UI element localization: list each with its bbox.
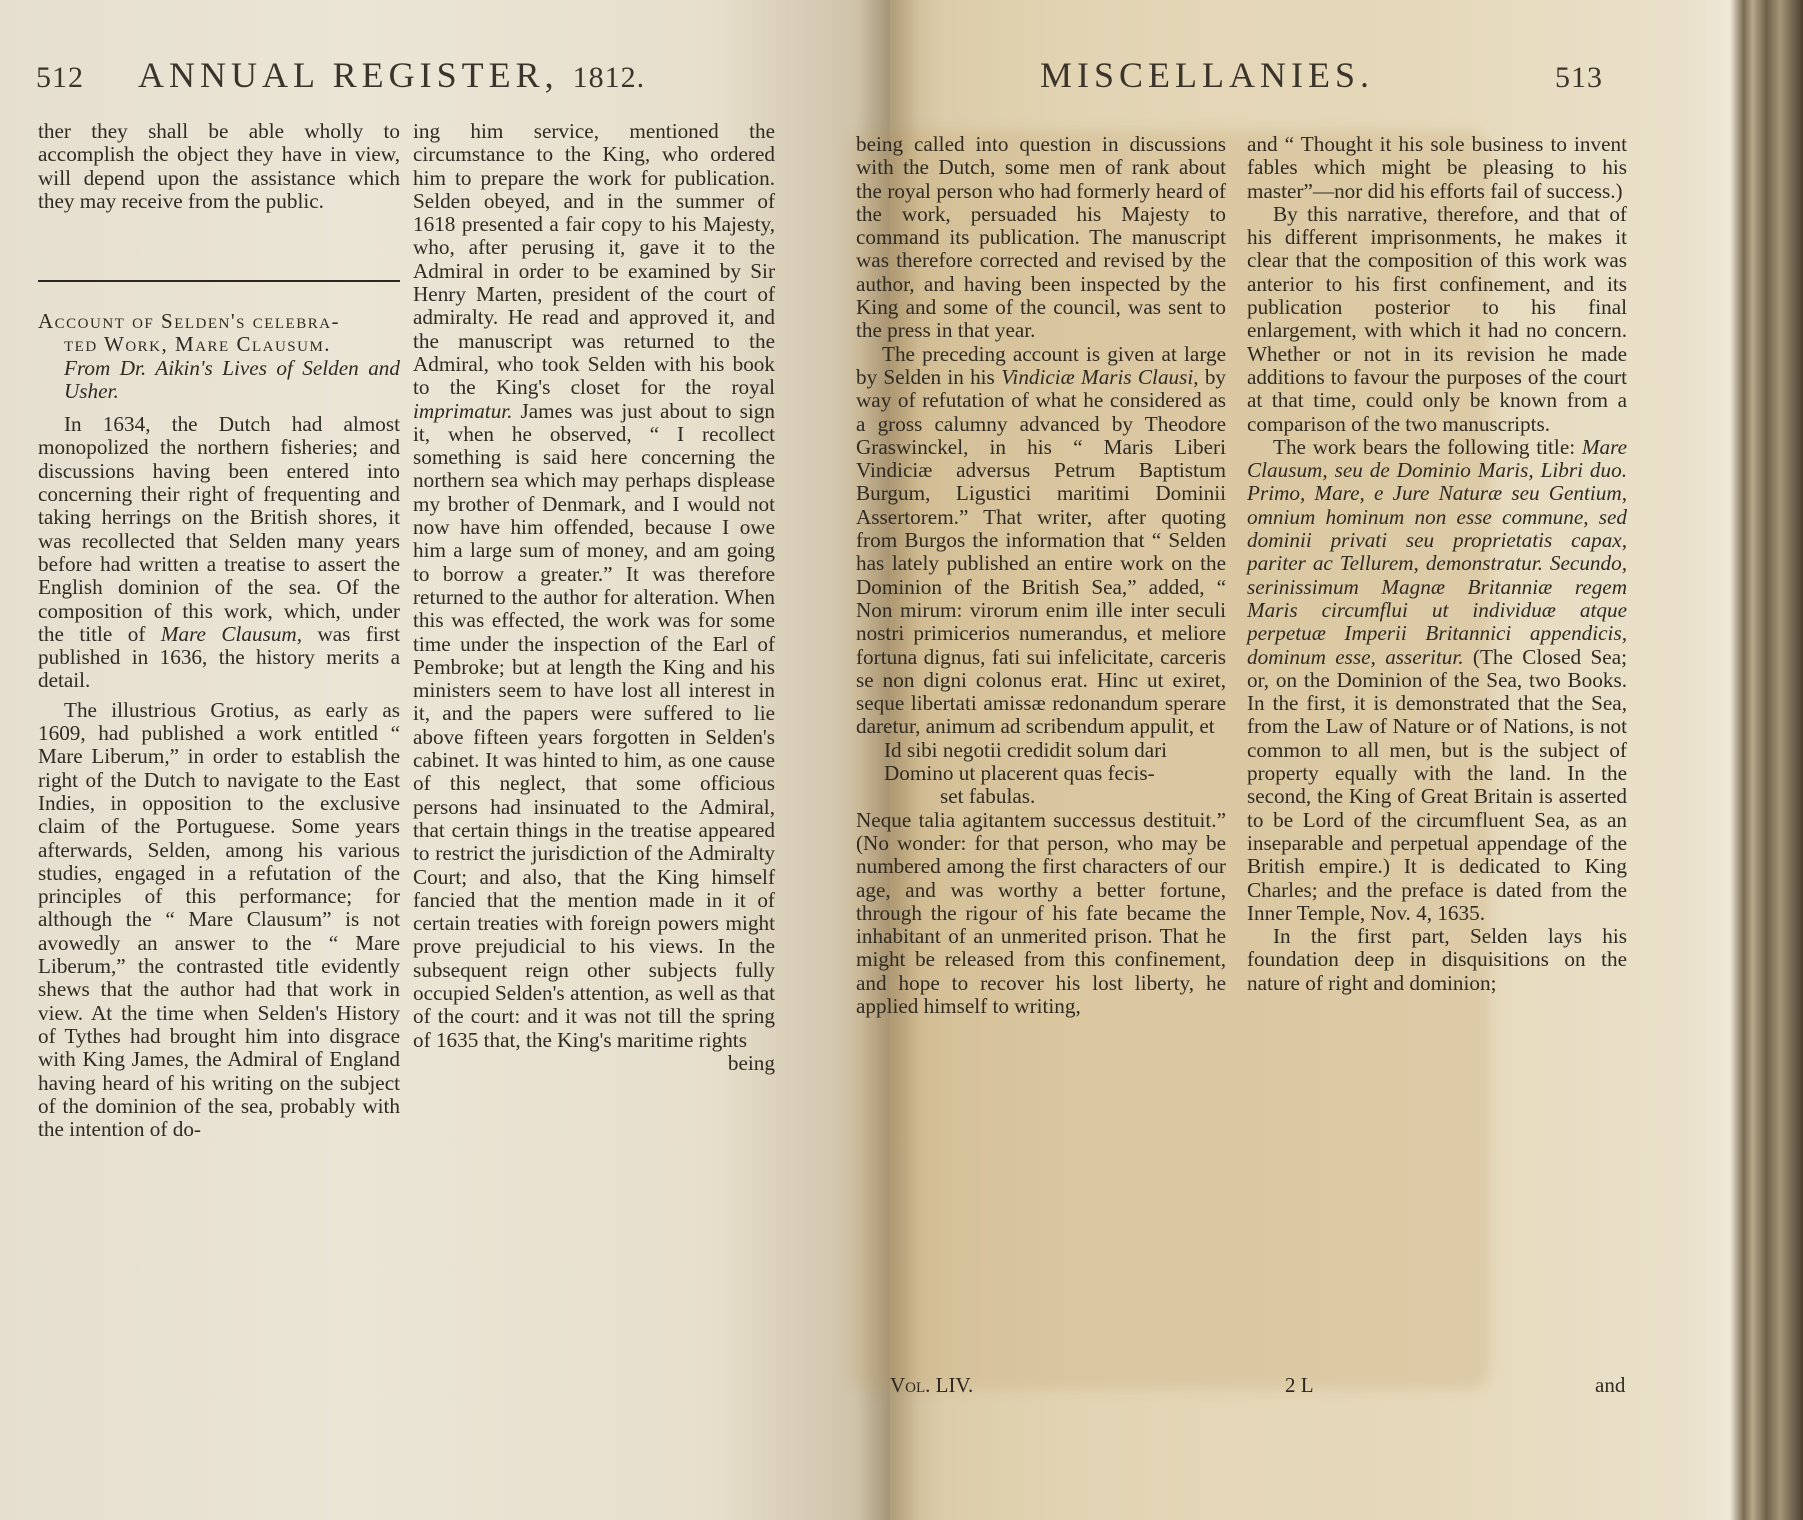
article-source: From Dr. Aikin's Lives of Selden and Ush…: [38, 357, 400, 404]
left-column-2: ing him service, mentioned the circumsta…: [413, 120, 775, 1075]
article-heading-line-2: ted Work, Mare Clausum.: [38, 333, 400, 356]
body-paragraph: being called into question in discussion…: [856, 133, 1226, 343]
right-column-2: and “ Thought it his sole business to in…: [1247, 133, 1627, 995]
section-divider-rule: [38, 280, 400, 282]
signature-mark: 2 L: [1285, 1373, 1314, 1398]
continuation-paragraph: ther they shall be able wholly to accomp…: [38, 120, 400, 213]
right-column-1: being called into question in discussion…: [856, 133, 1226, 1018]
body-paragraph: and “ Thought it his sole business to in…: [1247, 133, 1627, 203]
italic-term: imprimatur.: [413, 399, 512, 423]
catchword-left: being: [413, 1052, 775, 1075]
book-spread: 512 ANNUAL REGISTER, 1812. ther they sha…: [0, 0, 1803, 1520]
running-title-year: 1812.: [573, 61, 646, 94]
volume-signature: Vol. LIV.: [890, 1373, 973, 1398]
body-paragraph: In 1634, the Dutch had almost monopolize…: [38, 413, 400, 693]
italic-latin-title: Mare Clausum, seu de Dominio Maris, Libr…: [1247, 435, 1627, 669]
right-folio: 513: [1555, 54, 1603, 96]
article-heading-line-1: Account of Selden's celebra-: [38, 309, 340, 333]
running-title-right: MISCELLANIES.: [1040, 55, 1374, 95]
page-number-right: 513: [1555, 61, 1603, 94]
verse-quotation: Id sibi negotii credidit solum dari Domi…: [856, 739, 1226, 809]
italic-title: Vindiciæ Maris Clausi,: [1001, 365, 1199, 389]
body-paragraph: The work bears the following title: Mare…: [1247, 436, 1627, 925]
left-column-1-article: Account of Selden's celebra- ted Work, M…: [38, 310, 400, 1141]
verse-line: Id sibi negotii credidit solum dari: [884, 739, 1226, 762]
catchword-right: and: [1595, 1373, 1625, 1398]
body-paragraph: In the first part, Selden lays his found…: [1247, 925, 1627, 995]
body-paragraph: Neque talia agitantem successus destitui…: [856, 809, 1226, 1019]
article-heading: Account of Selden's celebra- ted Work, M…: [38, 310, 400, 357]
body-paragraph: ing him service, mentioned the circumsta…: [413, 120, 775, 1052]
right-running-head: MISCELLANIES.: [1040, 54, 1374, 96]
italic-title: Mare Clausum,: [161, 622, 302, 646]
body-paragraph: The illustrious Grotius, as early as 160…: [38, 699, 400, 1142]
left-running-head: 512 ANNUAL REGISTER, 1812.: [36, 54, 645, 96]
running-title-left: ANNUAL REGISTER,: [138, 55, 559, 95]
body-paragraph: By this narrative, therefore, and that o…: [1247, 203, 1627, 436]
page-number-left: 512: [36, 61, 84, 94]
verse-line: set fabulas.: [884, 785, 1226, 808]
left-column-1: ther they shall be able wholly to accomp…: [38, 120, 400, 213]
body-paragraph: The preceding account is given at large …: [856, 343, 1226, 739]
verse-line: Domino ut placerent quas fecis-: [884, 762, 1226, 785]
